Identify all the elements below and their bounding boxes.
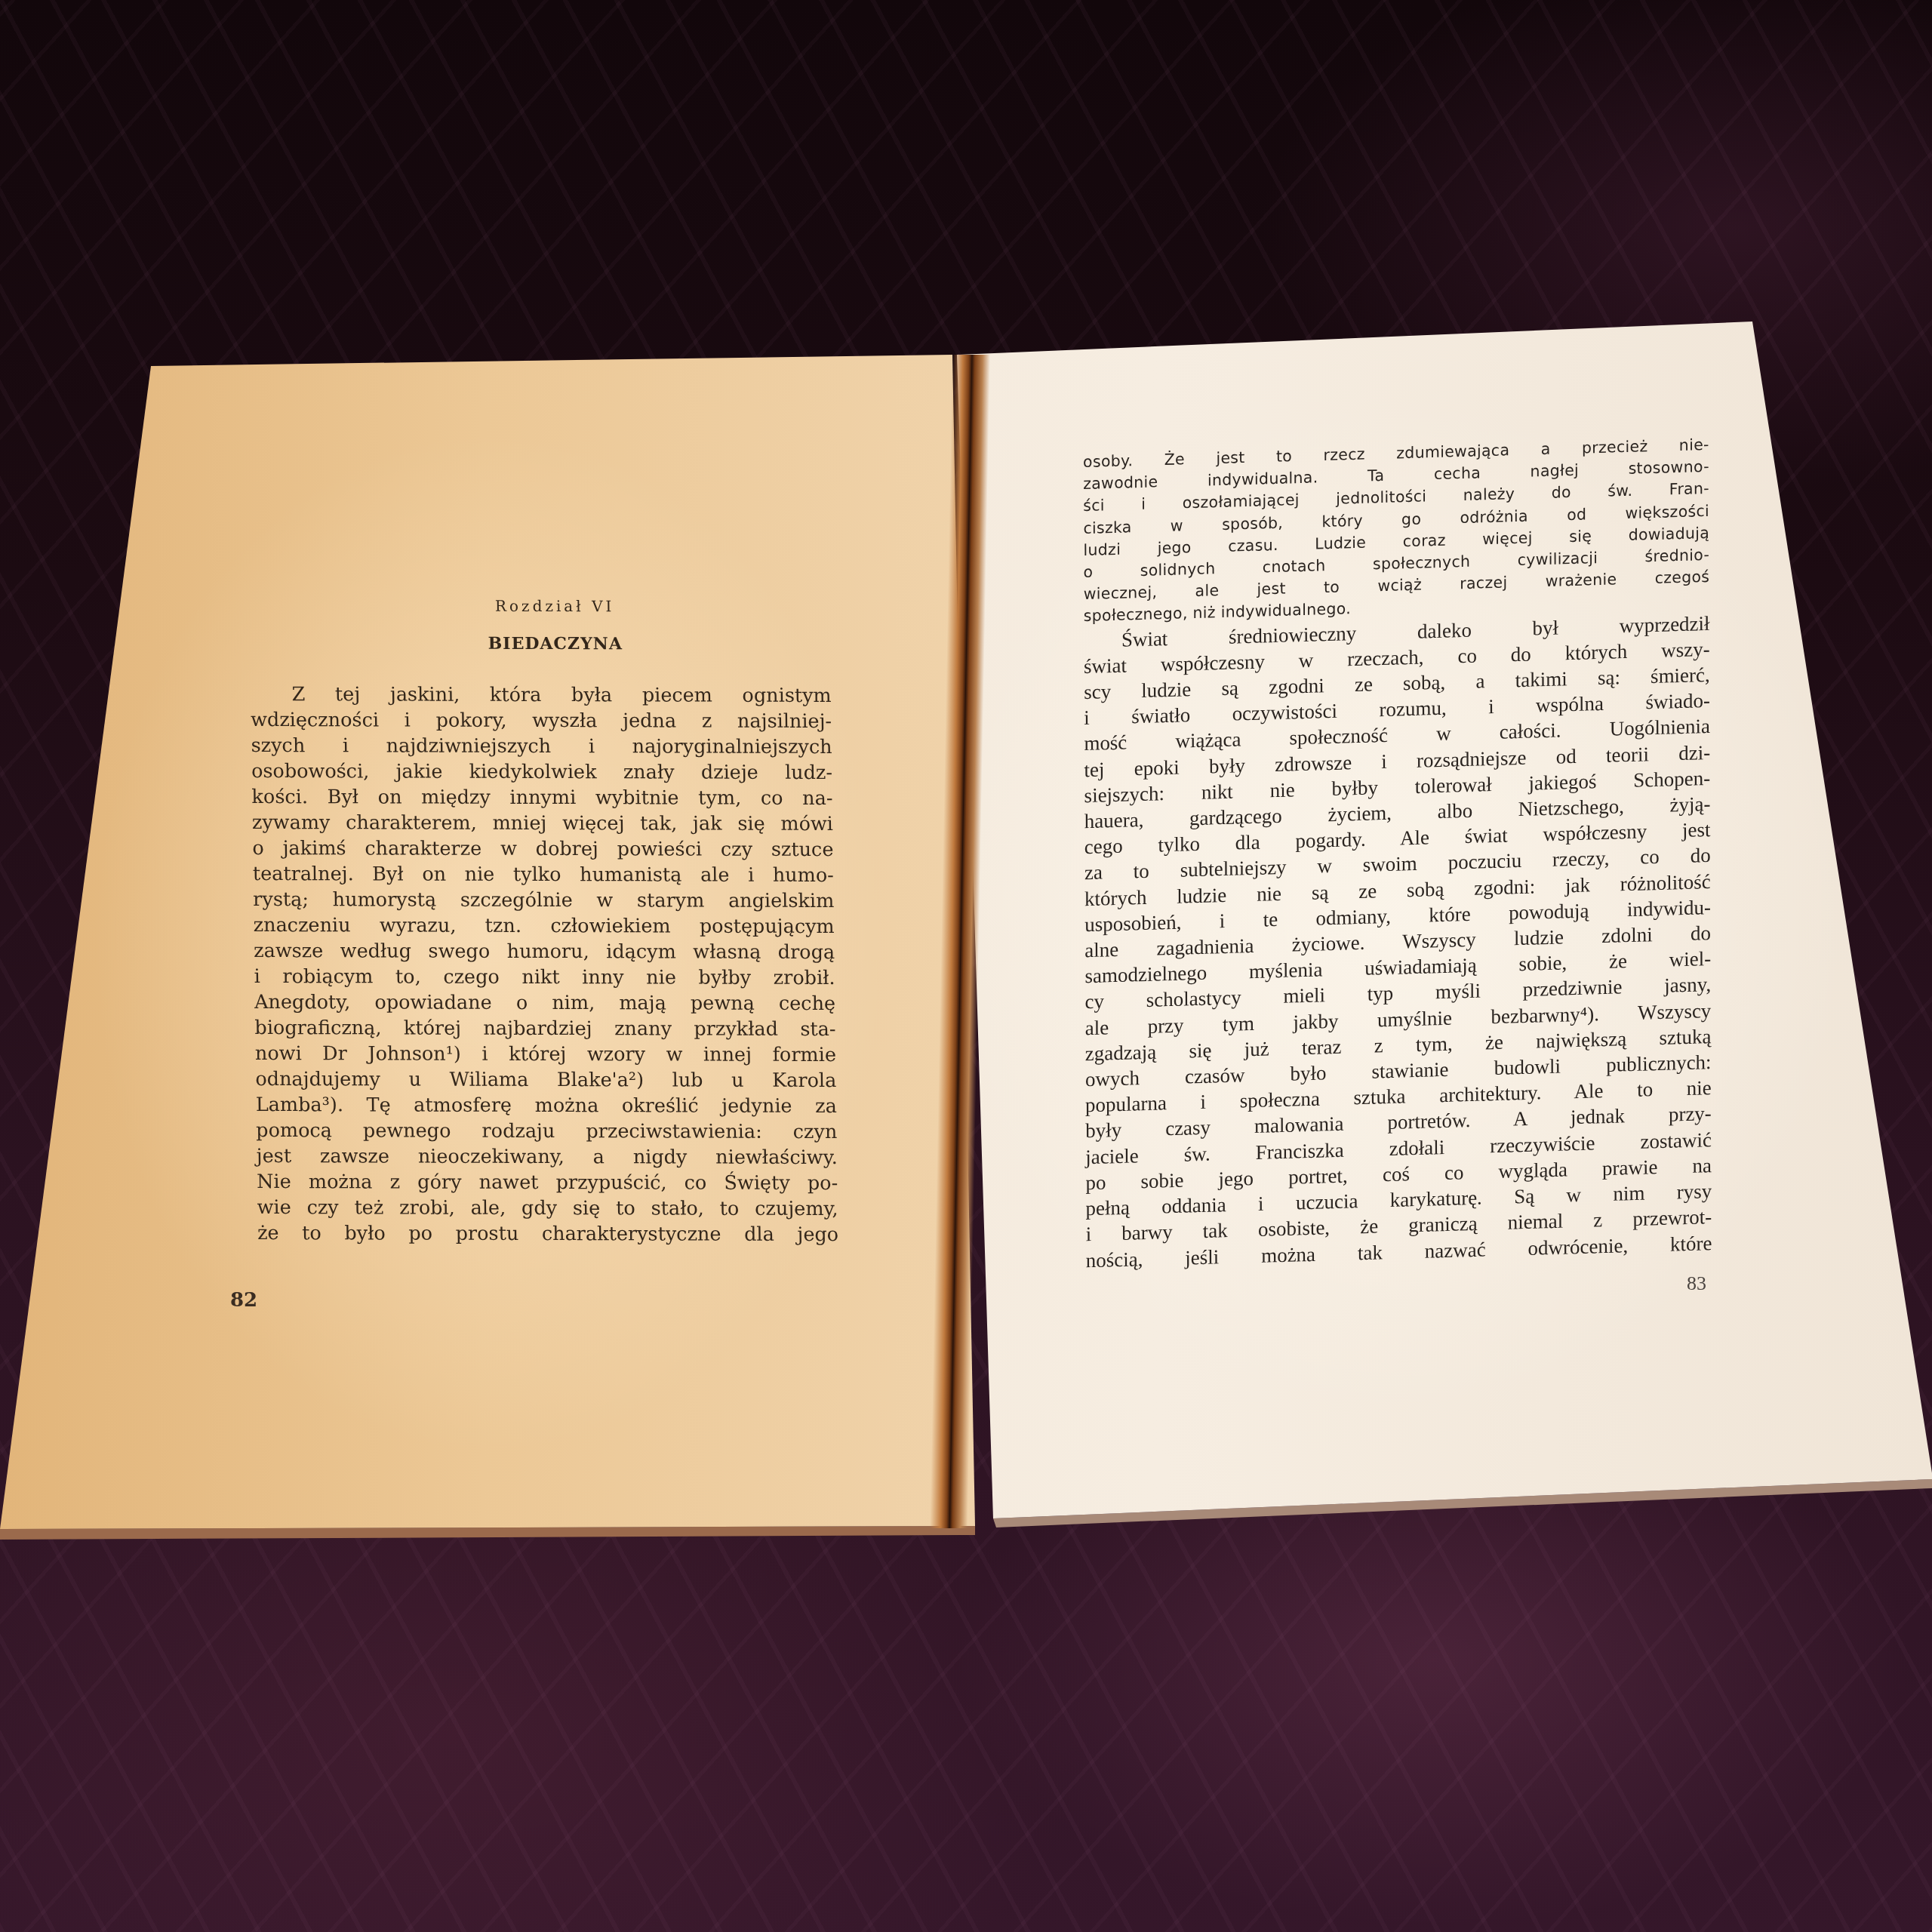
text-line: o jakimś charakterze w dobrej powieści c… bbox=[252, 835, 833, 863]
text-line: pomocą pewnego rodzaju przeciwstawienia:… bbox=[256, 1118, 837, 1145]
text-line: jest zawsze nieoczekiwany, a nigdy niewł… bbox=[256, 1143, 837, 1171]
right-page-text: osoby. Że jest to rzecz zdumiewająca a p… bbox=[1083, 434, 1712, 1273]
text-line: i robiącym to, czego nikt inny nie byłby… bbox=[254, 964, 835, 991]
text-line: osobowości, jakie kiedykolwiek znały dzi… bbox=[251, 758, 832, 786]
text-line: nowi Dr Johnson¹) i której wzory w innej… bbox=[255, 1041, 836, 1068]
text-line: Nie można z góry nawet przypuścić, co Św… bbox=[257, 1169, 838, 1196]
page-number-right: 83 bbox=[1687, 1272, 1706, 1295]
left-page-text: Rozdział VI BIEDACZYNA Z tej jaskini, kt… bbox=[249, 596, 838, 1247]
text-line: Lamba³). Tę atmosferę można określić jed… bbox=[256, 1092, 837, 1119]
text-line: teatralnej. Był on nie tylko humanistą a… bbox=[253, 861, 834, 888]
text-line: rystą; humorystą szczególnie w starym an… bbox=[253, 887, 834, 914]
text-line: odnajdujemy u Wiliama Blake'a²) lub u Ka… bbox=[255, 1066, 836, 1094]
text-line: Anegdoty, opowiadane o nim, mają pewną c… bbox=[254, 989, 835, 1017]
text-line: zawsze według swego humoru, idącym własn… bbox=[254, 938, 835, 965]
chapter-label: Rozdział VI bbox=[279, 596, 830, 616]
text-line: kości. Był on między innymi wybitnie tym… bbox=[251, 784, 832, 811]
text-line: wdzięczności i pokory, wyszła jedna z na… bbox=[251, 707, 832, 734]
text-line: że to było po prostu charakterystyczne d… bbox=[257, 1220, 838, 1247]
text-line: Z tej jaskini, która była piecem ognisty… bbox=[250, 681, 831, 709]
page-number-left: 82 bbox=[230, 1289, 257, 1312]
text-line: zywamy charakterem, mniej więcej tak, ja… bbox=[252, 810, 833, 837]
text-line: znaczeniu wyrazu, tzn. człowiekiem postę… bbox=[253, 912, 834, 940]
text-line: wie czy też zrobi, ale, gdy się to stało… bbox=[257, 1195, 838, 1222]
chapter-title: BIEDACZYNA bbox=[280, 633, 831, 654]
text-line: szych i najdziwniejszych i najoryginalni… bbox=[251, 733, 832, 760]
text-line: biograficzną, której najbardziej znany p… bbox=[254, 1015, 835, 1042]
